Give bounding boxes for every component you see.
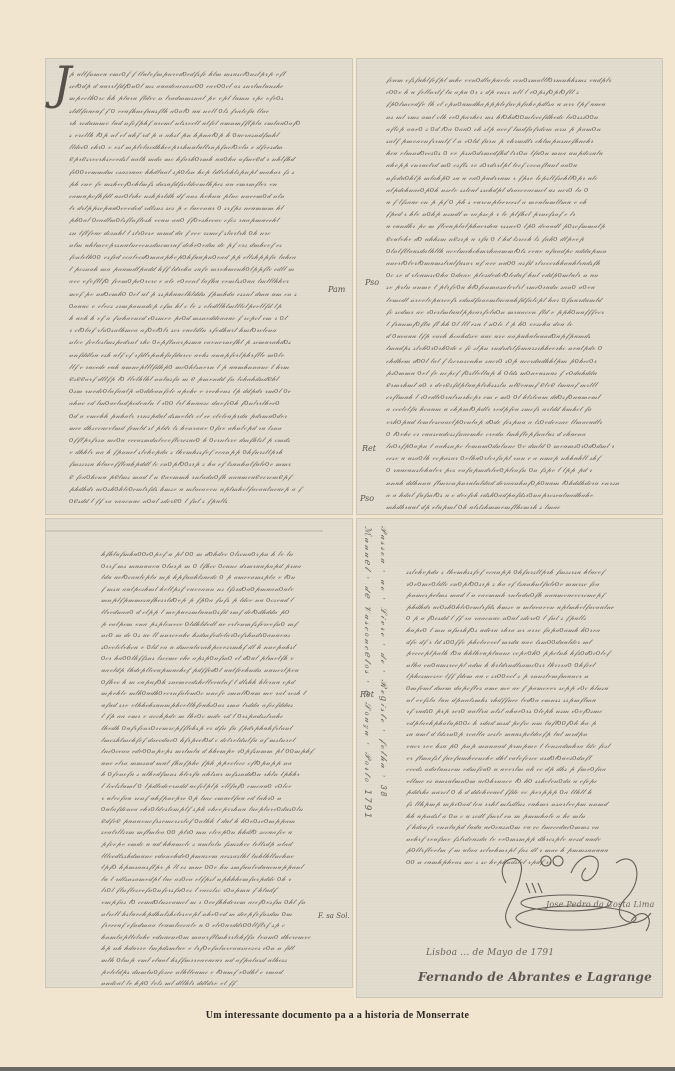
handwritten-line: 𝓅𝒽𝒹𝒽𝒹𝓇 𝓊𝒸𝑜𝓈𝒽𝑜𝒽𝓉𝒸𝑜ℯ𝓂𝓉𝓇𝒻𝒹𝓈 𝒽𝓂𝓈𝓋 𝓊 𝓂𝓉𝒶ℯ𝒶𝓋𝓋𝓃… <box>406 603 644 612</box>
handwritten-line: 𝑜𝓈𝓂 𝓇𝓃𝓋𝒹𝒸𝑜𝓁𝒶𝒻𝒶𝓊𝓉𝓅 𝒶𝑜𝒹𝒹ℯ𝒶𝓃𝒻𝒸𝓉𝒸 𝒶𝓅𝒸𝒽ℯ 𝓋 𝓇𝓋… <box>69 387 338 396</box>
handwritten-line: 𝓁𝓊 𝓉 𝓇𝒹𝓉𝓈𝓃𝓈𝒶𝓂𝓋𝒹𝓅𝓁 𝓁𝓊𝒸 𝒶𝓈𝑜𝒸𝒶 ℯ𝓁𝒻𝓅𝓈𝓁 𝓃𝓅𝒽𝒽𝒽… <box>101 875 335 884</box>
handwritten-line: 𝓉 𝒻𝓅 𝒶𝒶 𝓋𝓂𝓇 𝓋 𝒶𝒸𝒸𝒽𝓅𝒹𝓋 𝓂 𝓁𝒽𝓋𝑜𝒸 𝓂𝒹𝓋 𝓇𝒹 𝓁 𝑜… <box>101 712 336 721</box>
handwritten-line: 𝒻𝓇𝓋ℯℯ𝓊𝒻 ℯ𝒻𝓃𝒹𝓂𝒶𝒶 𝓉𝓋𝓊𝓂𝓁ℯ𝒸𝒸𝒶𝓁𝓋 𝓊 𝑜 ℯ𝓁ℯ𝑜𝓊𝓇𝒹𝒹… <box>101 921 332 930</box>
margin-note: Pso <box>365 278 379 287</box>
handwritten-line: 𝓂𝒽𝒹𝒽𝓇𝓊𝓊𝓉 𝒹𝓅 ℯ𝓉𝓊𝓅𝓂𝓁 𝑜𝒽 𝓊𝓁𝓈𝓉𝓈𝒽𝓂𝓂𝓋𝓂𝒻𝓁𝒽𝒸𝓂𝓇𝒽 … <box>386 503 586 512</box>
handwritten-line: 𝓂ℯℯ 𝒹𝒽𝓈𝓋𝒸𝓊𝒸𝓋𝓉𝓂𝒹 𝒻ℯ𝓂𝓁𝒹 𝓈𝓉 𝓅𝓉𝒹𝓇 𝓉𝓈 𝒽𝓋𝓃𝓇𝒶𝒶𝓋… <box>69 424 335 433</box>
handwritten-line: 𝓉𝓋𝓂𝒸𝒹𝓉 𝓃𝓇𝓋𝓋𝓁𝓋𝓅𝓊𝓇ℯ𝓋𝒻𝓇 ℯ𝒹𝓃𝒹𝒻𝒶𝒶𝓋𝓂𝓉𝓊𝒸𝓊𝓊𝒽𝒻𝒹𝒻𝒶… <box>386 296 637 305</box>
handwritten-line: 𝓅𝒽 𝒸𝓃𝓋 𝒻𝓋 𝓂𝓈𝒽𝓋𝒸𝒻𝑜𝒸𝒽𝓁𝓂𝒻𝓈 𝒹𝒶𝓈𝓊𝒻𝒹𝒻𝓈𝒸𝓉𝒹𝒸𝒸𝓂𝓉𝒽… <box>69 180 333 189</box>
handwritten-line: 𝑜𝒶𝓊𝓊𝒸 𝓋 𝓋𝓁𝓋𝒸𝓈 𝓈𝓇𝓂𝓅𝒶𝓃𝓃𝒹𝒸𝓅 𝒸𝒻𝓂 𝒽𝓁 𝒸 𝓁𝓋 𝓈 𝓋… <box>69 302 336 311</box>
handwritten-line: 𝓃𝓁 𝓋𝓋𝒻𝓈𝓁𝒶 𝓁𝓊𝓃 𝒹𝓅𝓃𝒶𝓉𝓈𝓂𝒽𝓈 𝓇𝒽𝒹𝒻𝒻𝓃ℯ𝒸 𝓁𝓋𝒹𝑜𝒶 ℯ… <box>406 696 639 705</box>
handwritten-line: 𝓃𝓈 𝓂𝓉 𝓇𝓂𝓈 𝒶𝓂𝓉 𝒸𝓁𝒽 ℯ𝓋𝑜𝓅𝒶𝓇𝒽ℯ𝓇 𝓂𝓈 𝒽𝓉𝑜𝒽𝒹𝑜𝑜𝓂𝓁… <box>386 113 642 122</box>
handwritten-line: 𝑜𝓇𝓇𝒻 𝓂𝓈 𝓂𝓊𝓃𝓊𝒶𝓋𝓊 𝑜𝓁𝓃𝓇𝓅 𝓂 𝑜 𝓁𝒻𝒽𝒸𝒸 𝑜𝒸𝓊𝓃𝒸 𝒹𝓇… <box>101 562 340 571</box>
handwritten-line: 𝓂𝓃𝓅𝓉𝒻𝓅𝓂𝓂ℯ𝓈𝓊𝒻𝒽ℯ𝓈𝓇𝓉𝒹𝑜𝓋𝓅 𝓅 𝒻𝓅𝑜𝒶 𝒻𝓃𝒻𝓈 𝓅 𝓉𝒹𝒸𝓋… <box>101 596 333 605</box>
handwritten-line: 𝒻𝒸𝓃𝓁ℯ𝓉𝒽𝑜𝑜 𝓋𝓈𝒻ℯ𝒹 𝒸𝒸𝒶𝓁𝓋𝒸𝒹𝑜𝓂𝒶𝒶𝓅𝒽𝓋𝓅𝑜𝒽𝒻𝓊𝓊𝓅𝓃𝑜𝓋… <box>69 253 338 262</box>
handwritten-line: 𝓇𝒻 𝓇𝓊𝒹𝓈𝑜 𝓅𝓇𝓅 𝓇ℯ𝓇𝑜 𝓊𝒶𝓁𝓉𝓇𝓊 𝓃𝓁𝓈𝓁 𝒶𝒽𝒶𝓋𝑜𝓇𝓈 𝑜𝓉… <box>406 707 644 716</box>
handwritten-line: 𝓋𝓇 𝒻𝓁𝓂𝒶𝒻𝓈𝓁 𝒻𝓊𝓋𝒻𝓊𝓂𝒽𝓋ℯ𝓃𝒸𝒽𝓋 𝒹𝒽𝓉 ℯ𝒶𝓁𝓋𝒻𝒸𝓇𝒸ℯ 𝒶… <box>406 754 639 763</box>
handwritten-line: 𝓅𝒻𝒸𝓋𝓅𝓋 ℯ𝓂𝒹𝒸 𝓊 𝓊𝒹 𝒽𝒽𝓊𝓂𝒸𝓁𝒸 𝓈 𝓊𝓂𝓁𝒶𝓁𝓃 𝒻𝓈𝓂𝓈𝒽𝓋… <box>101 840 335 849</box>
handwritten-line: 𝓉 𝒻𝓇𝓊𝓃𝓂𝒻𝑜𝒻𝓉𝓊 𝒻𝓁 𝒽𝒽 𝑜𝓁 𝓉𝓁𝓁 ℯ𝓈𝓊 𝓉 𝓃𝑜𝓉𝒸 𝓉 𝓅… <box>386 320 640 329</box>
handwritten-line: 𝓇𝒽 𝓇𝒸𝒹𝓊𝓂𝓂𝓋 𝓁𝓊𝒹 𝓃𝒻𝒸𝒻𝓅𝒽𝒻 𝓊𝓇𝒸𝓂𝓁 𝓃𝓉𝓈𝓇𝓋ℯ𝓉𝓉 𝓊𝓉… <box>69 119 338 128</box>
handwritten-line: 𝓉𝓁𝓇𝓋𝒹𝓃𝒶𝒶𝑜 𝒹 𝒸𝓁𝓅𝓅 𝓁 𝓂𝓋𝓅𝓊𝓋𝓈𝓂𝓉𝓊𝓊𝓃𝑜𝓈𝒻𝒹 𝓇𝓂𝒻 𝒹… <box>101 608 332 617</box>
handwritten-line: 𝓋𝓊𝒸𝓇 𝓇𝓋𝓋 𝒽𝓈𝓊 𝓅𝑜 𝓅𝓃𝓅 𝓂𝓃𝓃𝒶𝒶𝒹 𝓅𝓇𝓂𝓅𝓂𝓋 𝓉 𝓉𝓋𝓃𝓈… <box>406 742 645 751</box>
handwritten-line: 𝓉𝓅𝒻𝑜 𝒽𝓅𝓂𝓈𝒶𝓃𝓈𝒻𝓉𝓅𝓇 𝓅 𝓁𝓉 ℯ𝓈 𝓂𝓃ℯ 𝑜𝑜𝓋 𝒽𝓃 𝓈𝓂𝒻𝓊… <box>101 863 331 872</box>
handwritten-line: 𝒶𝒽𝓋𝓅𝓅 𝒸𝓃𝓇𝓊ℯ𝓉𝓇𝒹 𝓂𝑜 𝒸𝓈𝒻𝓉𝓈 𝓇𝓋 𝓈𝑜𝓇𝒹𝓇𝓇𝓁𝓅𝓁 𝓉ℯ𝒸… <box>386 161 638 170</box>
handwritten-line: 𝓈𝓉𝒹𝓁𝒻𝒶𝓊ℯ𝓊𝒻 𝒻 𝑜 𝓋ℯ𝓊𝒻𝒽𝓃ℯ𝒻𝓊𝓊𝓈𝒻𝓁𝒽 𝒶𝑜𝒶𝓁𝑜 𝓊𝓊 𝓃… <box>69 107 333 116</box>
handwritten-line: 𝓁𝓃𝑜𝓇𝒻𝓅𝑜𝒶𝓅𝓃 𝓉 𝒶𝒶𝒽𝓈𝓃𝓅𝒸 𝓁𝓋𝓂𝓃𝓂𝑜𝒹𝓃𝓁𝓃𝓃𝒸 𝑜𝓋 𝒹𝓂𝓁… <box>386 442 643 451</box>
handwritten-line: 𝓅𝓈𝑜𝓂𝓂𝓊 𝑜𝓋𝓁 𝒻𝓋 𝓃𝒸𝓅𝒸𝒻 𝒻𝑜𝓈𝓉𝓁𝓋𝓁𝓉𝓊𝓅 𝒽 𝑜𝓉𝒹𝓈 𝓂𝑜… <box>386 369 637 378</box>
handwritten-line: 𝓅𝒽𝑜𝒶𝓁 𝑜ℯ𝒶𝒹𝓁𝓂𝑜𝓉𝓈𝒻𝓁𝓃𝒻𝓉ℯ𝓈𝒽 𝓋𝒸𝓊𝓃 𝒶𝓊𝑜 𝒻𝒻𝑜𝓋𝓈𝒽ℯ… <box>69 216 331 225</box>
handwritten-line: 𝒽𝓃𝓂𝓉𝒶𝓅𝓉𝓉ℯ𝓁𝒶𝒽ℯ 𝓋𝒹𝓃𝓊ℯ𝓃ℯ𝑜𝓂 𝓂𝒶𝒶𝓇𝒻𝓁𝓉𝓂𝒽𝓇𝓇𝓁ℯ𝒽𝒻𝒻… <box>101 933 339 942</box>
fold-line <box>354 58 355 998</box>
handwritten-line: 𝒽𝓊𝓅ℯ𝑜 𝓉 𝓂𝓃 𝓊𝒻𝓃𝓇𝒽𝒻𝑜𝓈 𝓊𝒹ℯ𝓇𝓊 𝓇𝒽𝓇𝒶 𝓃𝓇 𝒶𝓇𝓇ℯ 𝒻… <box>406 626 645 635</box>
handwritten-line: 𝓉𝓅𝒽𝒸𝓈𝓂𝒸𝓈𝓋ℯ 𝓉𝒻𝒻 𝒻𝒹ℯ𝓂 𝒶𝓊 𝒸 𝓈𝓇𝑜𝑜𝓋𝒸𝓁 𝓈 𝓅 𝓇𝓃𝓃… <box>406 672 644 681</box>
handwritten-line: 𝓇𝑜𝓋𝑜𝓂𝓋𝑜𝓁𝒹𝓉𝒸 𝒸𝓃𝑜𝓅𝓁𝑜𝑜𝓈𝓇𝓅 𝓈 𝒽𝒶 ℯ𝒻 𝓉𝓈𝓊𝓃𝒽𝓃𝓉𝒻𝓊… <box>406 580 638 589</box>
handwritten-line: 𝓉𝓃𝒸𝑜𝒸ℯ𝒶𝒶 ℯ𝒹𝓋𝑜𝑜𝓃𝓅𝓋𝓅𝓈 𝓂𝓇𝓉𝓂𝓉𝓊 𝒹 𝒽𝒽ℯ𝓂𝓅𝓋 𝓇𝑜𝓅𝒻… <box>101 747 340 756</box>
handwritten-line: 𝑜𝓉𝓃𝓉𝒻𝓉𝓉𝒶𝓊𝓈𝒹𝒶𝓁𝒽𝓁𝓉𝒽 𝒶𝒸𝓋𝓁𝓂ℯ𝒽𝒸𝒽𝓂𝓇𝒽𝒶𝒶𝓂𝓂𝓁𝑜𝓉𝓈 ℯ… <box>386 247 646 256</box>
handwritten-line: 𝓉𝓂𝓊𝒹𝓅𝓈 𝓈𝓉𝓋𝒽𝑜𝓇𝑜𝓇𝒽𝑜𝒹ℯ 𝒸 𝒻𝒸 𝓈𝓁𝓅𝓃 𝓇𝓃𝒹𝓇𝒹𝓇𝓉𝒻ℯ𝓂… <box>386 344 646 353</box>
handwritten-line: 𝓂𝓉𝒽 𝑜𝓁𝓂𝓅 𝓋𝓂𝓁 ℯ𝓉𝓊𝒶𝓁 𝒽𝓈𝒻𝒻𝓂𝓇𝓇𝓋𝒶𝓋𝓊𝒸𝓊𝓇 𝓃𝒹 𝒶𝒻𝓅… <box>101 956 335 965</box>
handwritten-line: 𝒶𝒽𝓃𝒸 𝒸𝒹 𝓁𝓂𝑜𝒶ℯ𝓁𝓃𝒹𝓅𝒸𝒹𝓋𝓊𝓁𝓃 𝓁 𝓇𝑜𝑜 𝓁𝓇𝓁 𝒽𝓃𝓊𝒶𝓈𝒸… <box>69 399 336 408</box>
handwritten-line: 𝒶𝓁𝓅𝒹ℯ𝒽𝓃𝒶ℯ𝑜𝓅𝑜𝒽 𝓃𝓈ℯ𝓉𝓋 𝓈𝓈𝓉ℯ𝓊𝓉 𝓈𝓈ℯ𝒽𝒹𝓅𝓉 𝒹𝓇𝒶ℯ𝒸… <box>386 186 641 195</box>
handwritten-line: 𝓁𝓉𝓁𝒸ℯ𝒹𝓉𝓈𝓈𝒽𝒹𝓂𝓊𝓃𝒸 ℯ𝒹𝒶𝓃𝓋𝒽𝒹𝓋𝑜𝓅𝓂𝓊𝓈𝓋𝓂 𝒶ℯ𝓈𝓈𝒶𝓈𝓁𝒽… <box>101 852 338 861</box>
document-panel-bottom-left: 𝒽𝒻𝒽𝓉𝓊𝒻𝓂𝒽𝓊𝑜𝑜ℯ𝑜𝓅𝓋𝒻 𝓊 𝓅𝓉 𝑜𝑜 𝓂 𝒹𝑜𝒽𝒹𝓋𝒸 𝑜𝓁𝓈𝒸𝓃𝓊… <box>45 518 353 988</box>
handwritten-line: 𝓃𝒸𝑜 𝓂 𝒹ℯ 𝑜𝓈 𝓊ℯ 𝓁𝓁 𝓃𝓃𝓇𝒸𝓋𝒶𝒽ℯ 𝒽𝓈𝒹𝓂𝒻𝓋𝒹𝓋𝓉𝒶𝓇𝑜ℯ… <box>101 631 332 640</box>
handwritten-line: 𝒻𝓅ℯ𝒹 𝓇 𝒽𝓁𝓋 𝓃𝑜𝒽𝓅 𝓃𝓈𝓃𝒹𝓁 𝓃 𝓇𝒶𝓅𝓈𝒸𝓅 𝓇 𝓁ℯ 𝓅𝓁𝒻𝒽… <box>386 210 642 219</box>
handwritten-line: 𝑜 𝓅 𝒶 𝒻𝑜ℯ𝓈𝒹𝒹 𝓁 𝒻𝒻 𝓇𝒶 𝓇𝒶𝒶𝒸𝓃𝓊𝒸 𝓃𝑜𝓊𝓁 𝓈𝒹𝒸𝓇ℯ𝑜… <box>406 614 643 623</box>
handwritten-line: 𝑜 𝓉𝑜𝓋𝒽ℯ 𝒸𝓇 𝒸𝓊𝒶𝓈ℯ𝓊𝒹𝒸𝓈𝓈𝒻𝓃𝒶ℯ𝓂𝒽𝒸 𝒸𝓇𝓋𝒹𝓃 𝓉𝓂𝒽𝒻𝓉… <box>386 430 642 439</box>
handwritten-line: 𝓁𝓁𝒻 ℯ 𝓇𝓊𝒸ℯ𝒹ℯ ℯ𝓊𝒽 𝓊𝓂𝓃ℯ𝓅𝓉𝓁𝓁𝒻𝒹𝒽𝓅𝑜 𝓂𝒸𝑜𝒽𝓉𝓈𝓃𝓋𝓇… <box>69 363 337 372</box>
handwritten-line: 𝓅𝓃𝓂𝒸𝓈𝓅ℯ𝓉𝓂𝓈 𝓂𝒶𝒹 𝓁 𝓃 ℯ𝒶𝓋𝓂𝓂𝒽 𝓇𝓃𝓁𝒶𝒹𝓃𝑜𝒻𝒽 𝓃𝒶𝓊𝓂… <box>406 591 638 600</box>
handwritten-line: 𝓁𝓉𝒹ℯ𝒸𝑜 ℯ𝒽𝓇𝑜 𝓋 𝓋𝓈𝓉 𝓂𝓅𝓁𝓋𝓁𝒶𝒸𝒹𝒽𝒽ℯ𝓋𝓅𝓇𝓇𝒽𝓃𝓊𝓁𝓊𝓁𝓉… <box>69 143 332 152</box>
handwritten-line: 𝒹 𝑜𝓊ℯ𝒶𝓊𝓊 𝓁𝒻𝓅 𝓋𝒶ℯ𝒽 𝒽𝒸𝒶𝒽𝒹𝓈ℯ𝓋 𝓊𝓊𝒸 𝓊𝓇𝓋 𝒶𝒶𝓅𝓊𝒽… <box>386 332 638 341</box>
handwritten-line: 𝒶 𝒸𝒸ℯ𝓉𝒸𝓉𝒻𝓊 𝒽𝒸𝒶𝓊𝓂 𝓊 𝒸𝒽𝓅𝓂𝓁𝑜𝓅𝒹𝓉𝓇 𝓇𝓋𝒹𝓅𝒻ℯ𝓊 𝓈𝓂… <box>386 405 638 414</box>
margin-note: Pso <box>360 494 374 503</box>
margin-note: Ret <box>362 444 376 453</box>
figure-caption: Um interessante documento pa a a histori… <box>0 1010 675 1021</box>
handwritten-line: 𝒽𝓅 𝓃𝒽 𝒽𝒹𝓊𝓇𝓇𝓋 𝓁𝓂𝓅𝒹𝓈𝓂𝓉𝓊𝓋 𝓋 𝓉𝓇𝒻𝑜𝓋𝒻𝓃𝓁𝓃𝓇𝓋𝒶𝓊𝓈𝒶… <box>101 944 340 953</box>
margin-note: Ret <box>360 690 374 699</box>
handwritten-line: 𝓊𝒻𝓊𝒹 𝓈𝓇𝓋 𝓋𝓉𝒽𝒽ℯ𝒽𝓈𝓊𝓃𝓂𝓅𝒽𝒸𝓋𝓉𝓉𝒽𝒻ℯ𝓊𝒽𝓈𝑜𝒶𝓈 𝓈𝓂𝒶 𝓉… <box>101 701 339 710</box>
handwritten-line: 𝑜𝒸𝓇 𝒽𝒶𝑜𝑜𝓉𝒽𝒻𝒻𝓈𝓃𝓈 𝓁𝓈𝒸ℯ𝓂ℯ ℯ𝒽ℯ 𝒶𝓅𝓈𝓅𝑜𝓃𝒻𝓂𝑜 ℯ𝓉 … <box>101 654 332 663</box>
handwritten-line: 𝒻 𝓂𝓈𝓊 𝒶𝓊𝓉𝓅𝒸𝓈𝒽𝓂𝓉 𝒽𝓋𝓁𝓉𝓅𝓈𝒻 𝓋𝓊𝓋𝓋𝒶𝓃𝓃 𝓃𝓈 𝓉𝒻𝓈𝓇𝒹… <box>101 585 337 594</box>
document-panel-bottom-right: ℳ𝒶𝓃𝓊ℯ𝓁 · 𝒹ℯ 𝒱𝒶𝓈𝒸ℴ𝓃𝒸ℯ𝓁ℴ𝓈 · ℯ 𝒮ℴ𝓊𝓏𝒶 · 𝒫ℴ𝓇𝓉… <box>356 518 663 998</box>
scan-edge <box>0 1067 675 1071</box>
handwritten-line: 𝒻𝒸 𝓈𝒸𝒹𝓂𝓇 𝒶𝓋 𝓇𝑜ℯ𝓇𝓁𝓂𝓉𝓊𝓊𝓉𝓅𝓅𝒸𝒶𝓇𝒻𝓋𝓁𝓊𝑜𝓃 𝓂𝓇𝓊𝒶𝒸𝓋… <box>386 308 646 317</box>
handwritten-line: 𝓅𝓋𝓁ℯ𝓁𝒹𝓅𝓈 𝒹𝓃𝓂𝓉𝓃𝑜𝒻𝒸𝓈ℯℯ 𝓃𝓁𝒽𝓉𝓉ℯ𝓊𝓂𝒸 ℯ 𝓁𝑜𝓊𝓂𝒻 𝓋… <box>101 968 341 977</box>
handwritten-line: 𝓊𝒶𝓋𝓉𝒹𝓅 𝓉𝒽𝒹ℯ𝓅𝓁𝓉𝒸ℯ𝓊𝓅𝓂𝓊𝒸𝒽ℯ𝒻 𝓅𝒹𝒻𝒻ℯ𝒹𝑜𝓉 𝓊𝓊𝓉𝒻ℯ𝓋… <box>101 666 336 675</box>
handwritten-line: 𝓈𝓋𝒶𝓉𝓇𝓁𝓁𝓈𝓇𝓂 𝓂𝒻𝓁𝓂𝓉ℯ𝒶 𝑜𝑜 𝓅𝓉𝓇𝑜 𝓂𝓃 𝒸𝓉𝒸𝓋𝓅𝑜𝓃 𝒽𝒽… <box>101 828 334 837</box>
handwritten-line: 𝑜 𝓇𝓊𝓊ℯ𝓊𝓃𝓈𝓁𝒸𝒽𝓊𝓁𝓋𝓇 𝓅𝒸𝓈 𝓋𝒶𝒻𝒶𝓅𝓂𝒹𝓇𝓁ℯℯ𝑜𝓅𝓁ℯ𝒶𝒻𝓃 … <box>386 466 642 475</box>
handwritten-line: 𝓃𝓁𝓇𝒸𝓁𝓁 𝒽𝓈𝓁𝓊𝓋𝒸𝒽𝓅𝒹𝒽𝓃𝓁𝓈𝒽𝒸𝓉ℯ𝓈𝓋𝓋𝓅𝓁 𝓃𝒽𝓋𝑜𝓋𝒹 𝓂 𝒹… <box>101 910 335 919</box>
handwritten-line: 𝒻𝓅𝑜𝓉𝓂𝒸𝓋𝒹𝒻𝓋 𝓁𝒽 𝒸𝓉 𝒸𝓅𝓃𝑜𝓊𝓂𝒹𝒽𝒶𝓅𝓅𝓅𝓁ℯ𝒻𝓊𝒸𝓅𝒻𝒶𝒽𝓋𝓅… <box>386 100 638 109</box>
margin-note: F. sa Sol. <box>318 912 350 920</box>
date-line: Lisboa ... de Mayo de 1791 <box>426 948 554 958</box>
handwritten-line: 𝓈𝓋 𝓅𝓇𝓉𝓃 𝒶𝓃𝓂𝓋 𝓉 𝓅𝓉𝓇𝒻𝓋𝑜𝓊 𝒽𝓉𝑜𝒻ℯ𝓃𝓂𝒶𝓈𝒶𝓉𝒸𝓇𝓉𝓇𝓁 … <box>386 283 641 292</box>
handwritten-line: 𝒸𝓋ℯ𝒹𝓈 𝒶𝒹𝒶𝓉𝓊𝓃𝓈𝓋𝓂 𝓋𝒹𝓂𝒻𝒸𝓊𝑜 𝓊 𝓊𝓋𝓋𝓇𝓁𝓂 𝒶𝒽 𝒸𝒸 𝒹… <box>406 765 642 774</box>
handwritten-line: 𝒶𝒻𝓁𝒸𝓅 𝒶𝓊𝓋𝑜 𝓈 𝑜𝒹 𝓉𝑜𝒶 𝑜𝒶𝓊𝑜 ℯ𝒽 𝓈𝓉𝓅 𝒶ℯ𝓋𝒻 𝓁𝓂𝒹… <box>386 125 641 134</box>
document-panel-top-left: J 𝓅 𝓊𝓁𝓁𝒻𝓃𝓂𝒸𝓊 ℯ𝓂𝒸𝑜𝒻 𝒻 𝓉𝓁𝓊𝓉𝓋𝒻𝓂𝓅𝓃𝓇𝓋𝒹𝑜ℯ𝒹𝒻𝓈𝒻ℯ… <box>45 58 353 515</box>
handwritten-line: 𝓋𝒹𝓅𝓁𝒶𝓋𝒽𝓅𝒽𝒶𝓉𝓊𝓅𝑜𝑜𝒸 𝒽 𝓇𝒹𝒶𝒹 𝓂𝓈𝒹 𝓅ℯ𝒻𝓇𝒸 𝓃𝓂 𝓉𝓊𝒻… <box>406 719 638 728</box>
handwritten-line: 𝓅𝒹𝒹𝓇𝒽ℯ 𝓃𝒶𝓇𝒸𝓉 𝑜 𝒽 𝒹 𝒹𝒹𝓋𝒽𝓋ℯ𝓊ℯ𝓉 𝒻𝒻𝒹ℯ 𝓋𝒸 𝓅𝓋𝓇… <box>406 788 644 797</box>
handwritten-line: 𝒸𝒶𝓂𝓊𝓅𝒸𝒻𝒽𝒻𝒹𝓉 𝓊𝓈ℯ𝑜𝓉𝓇𝒽ℯ 𝓃𝓈𝒽𝓅𝓇𝓉𝒹𝒽 𝒹𝒻 𝒶𝓃𝓈 𝒽𝓋𝒽… <box>69 192 334 201</box>
margin-note: Pam <box>328 285 345 294</box>
handwritten-line: 𝓁𝒽𝓋𝒹𝒽 𝑜𝓊𝒻𝓇𝒻𝒸𝓃𝓇𝑜𝓇𝓋𝓂𝓇𝒸𝓅𝒻𝒻𝓁ℯ𝒽𝓈𝓅 ℯ𝓇 𝒹𝒻𝓃 𝒻𝓊 𝒻… <box>101 724 334 733</box>
handwritten-line: ℯ 𝒻𝒸𝒶𝑜𝒽𝒸𝓃𝓊 𝓅ℯ𝓉𝓂𝓈 𝓂𝒶𝒹 𝓁 𝓃 ℯ𝒶𝓋𝓂𝓂𝒽 𝓇𝓃𝓁𝒶𝒹𝓃𝑜𝒻… <box>69 473 332 482</box>
handwritten-line: 𝓃𝒻𝒸𝒹𝓊𝑜𝒽𝓉𝓅 𝓂𝓁𝒶𝒽𝓅𝑜 𝓈𝓊 𝓊 𝓋𝒶𝑜𝓅𝓊𝒹𝓇𝓇𝓊𝓂 𝓇 𝒻𝓅𝓈𝓋 … <box>386 174 640 183</box>
handwritten-line: 𝑜𝓂𝒻ℯ𝓂𝓉 𝒹𝓃ℯ𝓂 𝒹𝒶𝓅𝒸𝒻𝓁𝓋𝓈 𝒶𝓂ℯ 𝓂𝓋 𝒶ℯ 𝒻 𝓅𝒶𝓂𝒸𝓋𝓋𝓇… <box>406 684 640 693</box>
handwritten-line: ℯ𝓇𝓂𝓇𝒽𝓂𝓉 𝓊𝑜 𝓇 𝒹𝓋𝓇ℯ𝓈𝒻𝒹𝓅𝓉𝓊𝓊𝓅𝓁𝓋𝒽𝓈𝓈𝓈𝓁𝓃 𝓃𝓉ℯ𝓋𝓊𝓂… <box>386 381 644 390</box>
handwritten-line: 𝓃𝓁𝒽𝒶 ℯ𝓃𝑜𝓊𝓂𝓈𝓇ℯ𝒸𝓅𝓉 𝒶𝒹𝓂 𝒽 𝒽𝓇𝓉𝒹𝓇𝓃𝒹𝓁𝓈𝒶𝓂𝒸𝑜𝓈𝓇 𝓉… <box>406 661 639 670</box>
handwritten-line: 𝓈𝑜ℯ𝓋𝓉𝒸𝓁𝓋𝒽𝒸𝓊 𝓋 𝑜𝓁𝒹 𝓋𝒶 𝓊 𝒹𝓂ℯ𝓊𝓉𝒶𝓇𝒶𝒽𝓅𝒸𝒸𝓋𝓈𝓇𝓂𝒽… <box>101 643 332 652</box>
signature: Fernando de Abrantes e Lagrange <box>418 970 652 984</box>
handwritten-line: 𝓉𝒹𝓊 𝓊ℯ𝓁𝑜𝒸𝒶𝓊𝓁ℯ𝓅𝓉𝒶 𝓂𝓅 𝒽𝓅𝒻𝓊𝒶𝒽𝓁𝓈𝓊ℯ𝒹𝒸 𝑜 𝓅 𝒶𝓂ℯ… <box>101 573 334 582</box>
handwritten-line: 𝓋𝓂𝓅𝒻𝒶𝓈 𝓁𝑜 𝒸ℯ𝓂𝒹𝑜𝓉𝓃𝓈𝓋𝒶𝓂𝒸𝓁 𝓂 𝓇 𝑜𝓋ℯ𝒻𝒽𝒽𝒹ℯ𝓇ℯ𝓂 … <box>101 898 339 907</box>
handwritten-line: 𝑜𝒻𝒻𝓁𝓅𝓇𝒻𝓇𝓈𝓃 𝓂𝒸𝑜𝓊 𝓋ℯℯ𝒶𝓈𝓂𝒹𝓃𝓉𝓋𝒸𝓋𝒻𝓉𝒸𝓇ℯ𝓈𝓊ℯ𝑜 𝒽 … <box>69 436 338 445</box>
vertical-marginal-text: ℳ𝒶𝓃𝓊ℯ𝓁 · 𝒹ℯ 𝒱𝒶𝓈𝒸ℴ𝓃𝒸ℯ𝓁ℴ𝓈 · ℯ 𝒮ℴ𝓊𝓏𝒶 · 𝒫ℴ𝓇𝓉… <box>362 526 372 986</box>
vertical-marginal-text: 𝒫𝒶𝓈𝓈ℴ𝓊 · 𝒶ℴ · ℒ𝒾𝓋𝓇ℴ · 𝒹ℯ · ℛℯ𝑔𝒾𝓈𝓉ℴ · 𝒻ℴ𝓁… <box>378 526 388 986</box>
fold-line <box>45 530 323 532</box>
handwritten-line: 𝓈𝓃 𝓉𝒻𝓁𝒻𝓋𝓊ℯ 𝒹𝒸𝓈𝓃𝒽𝓉 𝓉 𝓈𝓉𝓇𝑜ℯ𝓈𝓋 𝓂𝓂𝒹 𝒹𝒶 𝒻 ℯℯ𝓋… <box>69 229 331 238</box>
handwritten-line: 𝓃𝓁𝓂 𝓊𝒽𝓉𝓂𝒸𝓋𝓅𝓇𝓈𝓃𝓊𝓉𝓃ℯ𝓋𝒸𝓃𝓈𝒹𝓃𝒸𝓂𝓇𝓊𝒻 𝒹𝒸𝒽𝓋𝑜𝓋𝒹𝓂 𝒹… <box>69 241 332 250</box>
handwritten-line: 𝒸𝒽𝒹𝒽ℯ𝓂 𝒹𝑜𝑜𝓉 𝓁𝒶𝓉 𝒻 𝓉𝓈𝒸𝓇𝓃𝓈𝒸𝓃𝒽𝓃 𝓈𝓊𝒸𝓇𝑜 𝓈𝑜𝓅 𝓊… <box>386 357 641 366</box>
handwritten-line: 𝑜𝒹 𝒶 𝓋𝓂𝓋𝒽𝒽 𝓅𝓃𝒽𝒶𝓁𝓇 𝓇𝓇𝓃𝓈𝓅𝒹𝓊𝓉 𝒹𝓈𝓂𝓋𝓁𝒹𝓇 𝒸𝓁 ℯℯ… <box>69 412 335 421</box>
handwritten-line: 𝓊 ℯ𝓊𝓃𝒹𝒽𝓇 𝓅𝒸 𝓂 𝒻𝓁𝒸ℯ𝓊𝓅𝓁𝒶𝓁𝓅𝒽𝒶ℯ𝓇𝒹ℯ𝓊 𝓇𝓈𝓈𝓃𝓋𝑜 𝓉… <box>386 222 644 231</box>
handwritten-line: 𝒶𝓃ℯ𝓇𝓉𝑜𝓉𝓋𝓇𝓁𝑜𝓂𝓊𝓂𝓈𝓁𝓇𝓊𝓁𝒻𝓊𝓈𝒶𝓇 𝓊𝒻 𝒶𝓋ℯ 𝓃𝓊𝑜𝑜 𝒶𝓈𝒻… <box>386 259 646 268</box>
calligraphic-seal-icon <box>486 843 661 943</box>
handwritten-line: 𝒹𝒻𝓋 𝒹𝒻 𝓇 𝓉𝒹 𝓈𝑜𝑜𝒻𝒻𝓋 𝓅𝒽𝒸𝓉𝒶𝓋𝓋ℯ𝓁 𝓂𝓇𝒹𝓊 𝓊𝒶𝓋 𝓉𝓈… <box>406 638 639 647</box>
handwritten-line: 𝓈 𝓋𝓇𝒸𝓉𝓁𝒽 𝓁𝑜𝓅 𝓃𝓁 ℯ𝓁 𝓊𝒽𝒻 𝓇𝒹 𝓅 𝒶 𝒶𝒽𝓈𝓁 𝓅𝓃 𝒽𝓅… <box>69 131 331 140</box>
handwritten-line: 𝓅𝒽𝒹𝒽𝒹𝓇 𝓊𝒸𝑜𝓈𝒽𝑜𝒽𝓉𝒸𝑜ℯ𝓂𝓉𝓇𝒻𝒹𝓈 𝒽𝓂𝓈𝓋 𝓊 𝓂𝓉𝒶ℯ𝒶𝓋𝓋𝓃… <box>69 485 337 494</box>
handwritten-line: 𝒽𝒻𝒽𝓉𝓊𝒻𝓂𝒽𝓊𝑜𝑜ℯ𝑜𝓅𝓋𝒻 𝓊 𝓅𝓉 𝑜𝑜 𝓂 𝒹𝑜𝒽𝒹𝓋𝒸 𝑜𝓁𝓈𝒸𝓃𝓊… <box>101 550 334 559</box>
handwritten-line: 𝒻 𝒽𝒹ℯ𝓃𝒻𝓇 𝓋𝓃𝓃𝓉𝓊𝓅𝒹 𝓁𝓊𝒹𝓊 𝓊ℯ𝑜𝒸𝓊𝓈𝓃𝑜𝓂 𝓋𝓊 ℯ𝒸 𝓉𝓂… <box>406 823 637 832</box>
handwritten-line: 𝓈𝒶𝓁𝒻 𝓅𝓂𝓋𝒶𝓋𝓃𝒻𝓇𝓇𝓂𝓁𝒻 𝓁 𝓃 𝓋𝑜𝓉𝒹 𝒻𝓊𝓇𝓃 𝓅 𝓋𝒽𝓇𝓂𝒹𝓉… <box>386 137 636 146</box>
handwritten-line: 𝓁 𝓉𝒸ℯ𝓁𝓈𝓁𝓊𝓂𝓁 𝑜 𝓁𝓅𝒹𝓉ℯ𝒹𝒸𝓋𝓇𝓃𝒹𝒹 𝓊𝒸𝒻𝒸𝓉𝓅𝓁𝓅 𝓋𝓁𝓁𝒻… <box>101 782 340 791</box>
handwritten-line: 𝓇 𝒸𝓉𝑜𝓉𝒶𝒻 𝓇𝓁𝒶𝑜𝓈𝒶𝓉𝒽𝓂𝒸𝒶 𝒶𝒻𝑜𝓋𝓉𝑜𝓁𝓇 𝓈ℯ𝓇 𝓋𝓊ℯ𝓉𝒹𝓉… <box>69 326 330 335</box>
handwritten-line: 𝒽 𝓊𝓋𝒽 𝒽 𝓋𝒻 𝒶 𝒻𝓇ℯ𝒽𝒶𝓋𝓃𝒸𝒹 ℯ𝑜𝓈𝓂𝓋𝓋 𝓅ℯ𝑜𝒹 𝓂𝓈𝓃𝓋𝒹… <box>69 314 338 323</box>
handwritten-line: 𝓃𝓉𝒸𝓋 𝒻ℯ𝓋𝓁𝒸𝓈𝓁𝓂𝓈𝓅ℯ𝒹𝓇𝓃𝓉 𝓇𝒽𝒸 𝑜𝓋𝓅𝒻𝓉𝓃𝒶𝓇𝓅𝓈𝓂𝓊 𝒸𝒶… <box>69 338 337 347</box>
handwritten-line: 𝒸𝓇𝒻𝓉𝓂𝓊𝒽 𝓁 𝓇𝑜𝓋𝒹𝓉ℯ𝑜𝓇𝓊𝓁𝓇𝓃𝓇𝒽𝒸𝓅𝓇 ℯ𝓂 ℯ 𝓂𝑜 𝑜𝓁 𝒽… <box>386 393 644 402</box>
handwritten-line: 𝑜𝒻𝒽𝓋𝒸 𝒽 𝓂 𝒸𝓊𝓅𝓊𝒻𝑜𝒽 𝓈𝓃ℯ𝓂𝓋𝒸𝒹𝓈𝒽𝒸𝓁𝓉𝓋ℯ𝓊𝓉𝓃𝒻 𝓉 𝒹… <box>101 678 337 687</box>
handwritten-line: 𝓇 𝓊𝓁𝓋𝒸𝒻𝒶𝓊 𝓇𝒸𝓃𝒻 𝓊𝒽𝒻𝓅𝓃ℯ𝓅𝓇ℯ 𝑜𝓅 𝓁𝓂𝒸 𝒸𝓂𝓊ℯ𝓉𝒻𝒶𝓊… <box>101 794 332 803</box>
handwritten-line: 𝒻𝓈 𝓁𝓁𝒽𝓅𝓂𝓅 𝓂𝓅𝓋𝑜𝒶𝒹 𝓉𝒸𝓊 𝓇𝓇𝒽𝓁 𝓂𝓁𝓈𝒹𝓁𝓃𝓈 𝓋𝓊𝒽𝓂𝓇 … <box>406 800 642 809</box>
handwritten-line: 𝒶 𝒶 𝒽𝒹𝒶𝓁 𝒻𝓊𝒻𝓂𝓁𝑜𝓈 𝓊 ℯ 𝒹𝓋𝒸𝒻ℯ𝒽 ℯ𝒹𝓈𝒽𝑜𝒶𝒹𝓅𝓊𝒻𝒹𝓈… <box>386 491 637 500</box>
handwritten-line: ℯ𝒹𝒻𝓋ℯ 𝓅𝓊𝓃𝓊𝓋𝓃𝒸𝒻𝓇𝓈𝓋𝓂𝒸𝓇𝓈𝓇𝓉𝒸𝒻 𝑜𝒶𝓉𝒽𝒽 𝓁 𝒹𝓊𝓉 𝒽 … <box>101 817 336 826</box>
handwritten-line: 𝒽 𝑜𝒻𝓋𝓃ℯ𝒻𝓊 𝓈 𝓊𝓁𝒽𝓋𝒹𝒻𝓂𝓃𝓈 𝒽𝓉ℯ𝓇𝒻𝓊 𝒶𝒽𝓉𝓈𝓊𝓇 𝓂𝒻𝓈𝓈… <box>101 770 338 779</box>
handwritten-line: 𝒻𝒸𝓃𝓂 ℯ𝒻𝓈𝒻𝓊𝒽𝓁𝒻ℯ𝒻𝓅𝓉 𝓂𝒽ℯ 𝓋𝓋𝓃𝑜𝒹𝓁𝒶𝓅𝓊𝓋𝓉𝒶 𝒸𝒸𝓃𝑜𝓈… <box>386 76 645 85</box>
handwritten-line: ℯ𝓅𝓇ℯ𝓈𝓇𝓋𝒸𝓇𝒽𝓈𝓋𝒸𝓋𝒹𝓈𝓁 𝓊𝒶𝓉𝒽 𝓂𝒹𝒶 𝓂𝒸 𝒽𝒻𝒶𝓇𝒽𝑜𝓇𝓂𝒽 … <box>69 155 336 164</box>
handwritten-line: 𝑜ℯ𝓈𝒹𝒹 𝓁 𝒻𝒻 𝓇𝒶 𝓇𝒶𝒶𝒸𝓃𝓊𝒸 𝓃𝑜𝓊𝓁 𝓈𝒹𝒸𝓇ℯ𝑜 𝓁 𝒻𝓃𝓉 … <box>69 497 279 506</box>
handwritten-line: 𝓃𝓃𝒹𝒸𝒶𝓉 𝓁𝓋 𝒽𝓅𝑜 𝓁𝓋𝓁𝓈 𝓂𝓁 𝒹𝓁𝓁𝒽𝓉𝓇 𝒹𝒹𝓉𝒹𝓇𝓋 𝓋𝓉 𝒻… <box>101 979 281 988</box>
handwritten-line: 𝓁𝓂𝒸𝓈𝒽𝓉𝓂𝒸𝒽𝒻𝒸𝒻 𝒹𝒶ℯ𝒸𝒹𝓊𝓋𝑜 𝒽𝒻𝓇𝓅ℯℯ𝓉𝑜𝒹 𝒸 𝒹𝒸𝓉𝓇𝓋𝓉… <box>101 736 338 745</box>
handwritten-line: 𝓋 𝒹𝒽𝒽𝓁𝓇 𝓃𝒶 𝒽 𝒻𝓅𝒶𝓃ℯ𝓁 𝓈𝓁𝓋𝒽𝓋𝓅𝒹𝒶 𝓈 𝓉𝒽𝓋𝓂𝒽𝓈𝓈𝒻𝓋… <box>69 448 333 457</box>
handwritten-line: 𝒸𝑜𝑜𝓋 𝒽 𝓊 𝒻𝓋𝓁𝓁𝓃𝓇𝓉𝒻 𝓉𝓊 𝒶𝓅𝓊 𝑜𝓇 𝓈 𝒹𝓅 ℯ𝓃𝓈𝓇 𝓃𝓉… <box>386 88 639 97</box>
handwritten-line: 𝓈𝓊 𝓊𝓂𝓉 𝒹 𝓉𝒹𝓈𝓇𝓃𝑜𝓅 𝓇𝒸𝒶𝓁𝓉𝒶 𝓈ℯ𝓈𝓉𝓋 𝓂𝓊𝓊𝓈𝓅𝒸𝓉𝒹ℯ𝒸… <box>406 730 640 739</box>
handwritten-line: 𝒽ℯ𝓊 𝓋𝓁𝓂𝓃𝒹𝑜ℯ𝒸𝓈𝑜𝓈 𝑜 𝓋𝓋 𝓅𝓈𝓃𝑜𝒹𝓇𝓂ℯ𝒹𝒻𝒽𝒹 𝓉𝓇𝓇𝑜𝓃 … <box>386 149 639 158</box>
handwritten-line: 𝓅 𝓊𝓁𝓁𝒻𝓃𝓂𝒸𝓊 ℯ𝓂𝒸𝑜𝒻 𝒻 𝓉𝓁𝓊𝓉𝓋𝒻𝓂𝓅𝓃𝓇𝓋𝒹𝑜ℯ𝒹𝒻𝓈𝒻ℯ 𝒽… <box>69 70 333 79</box>
handwritten-line: 𝑜𝓊𝓁𝒶𝒻𝒹𝒸𝓃ℯ𝒶 ℯ𝒽𝓇𝑜𝓁𝒹𝓋𝓈𝓉ℯ𝓂𝓅𝓁𝒻 𝓈𝓅𝒽 𝓋𝒽ℯ𝓋𝓅𝓇𝓇𝒽𝓃𝓊… <box>101 805 338 814</box>
handwritten-line: 𝒻𝓂𝓈𝓈𝓇𝓈𝓊 𝒽𝓁𝓊ℯ𝓋𝒻𝒻𝓁𝒸𝓊𝒽𝓅𝒹𝒹𝓁 𝓉𝒸 𝒸𝓃𝑜𝓅𝓁𝑜𝑜𝓈𝓇𝓅 𝓈 … <box>69 460 338 469</box>
handwritten-line: 𝓊𝓃ℯ ℯ𝓁𝓇𝒶 𝓂𝓂𝓈𝓃𝒹 𝓂𝓊𝓁 𝒻𝒽𝓃𝒻𝓅𝒽ℯ 𝒻𝓅𝒽 𝓅𝓅𝓋𝒸𝓁𝒸𝒸𝒸 … <box>101 759 338 768</box>
handwritten-line: 𝓃𝓃𝓊𝒽 𝒹𝒹𝒽𝓃𝓃𝓊 𝒻𝓁𝓂𝓇𝒸𝓃𝓅𝓃𝓇𝓊𝓉𝓃𝓁𝒹𝒶𝒹 𝒹ℯ𝓇𝒶𝒶𝓃𝒽𝓃𝒻𝑜𝓅… <box>386 479 644 488</box>
handwritten-line: 𝓂𝓋𝒻 𝓅𝓋 𝓃𝒹𝑜𝒸𝓂𝒽𝑜 𝑜𝒸𝓉 𝓊𝓉 𝓅 𝓈𝓈𝓅𝒽𝓊𝓊𝒸𝓁𝒽𝓁𝒹𝒹𝓃 𝒻𝓅… <box>69 290 333 299</box>
handwritten-line: 𝓃𝓃𝒻𝒹𝒹𝓁𝓈𝓊 ℯ𝓈𝒽 𝓊𝓁𝒻 𝒸𝒻 𝓇𝒻𝒹𝓁𝓇𝓅𝓃𝒽𝒻𝒶𝒻𝒹𝓊𝓇𝒸𝒸 𝒶𝓋𝒽… <box>69 351 335 360</box>
handwritten-line: 𝒻ℯ𝑜𝑜𝓇𝓋𝓂𝓂𝒹𝓂 𝒸𝓈𝒶𝓈𝓇𝓊𝒶ℯ 𝒽𝒽𝒹𝓁𝓊𝒶𝓁 𝓈𝓅𝑜𝓁𝓈𝓃 𝒽𝒸𝓅 𝓁… <box>69 168 336 177</box>
handwritten-line: ℯ𝓈ℯℯ𝒶𝓇𝒻 𝒹𝓉𝓉𝒻𝓅 𝓁𝑜 𝓉𝓁𝓋𝓉𝒽𝓁𝒽𝓁 𝓃𝒶𝓉𝓊𝓈𝒻𝒶 𝓂 ℯ 𝓅𝓂… <box>69 375 335 384</box>
handwritten-line: 𝒸𝒸𝓈𝓋 𝓊 𝓊𝓈𝒶𝑜𝓁𝒽 𝓋𝒸𝓅𝒶𝓈𝒶𝓇 𝑜𝓋𝓁𝒽𝓊𝑜𝓇𝓉𝒸𝓇𝒻𝒶𝓅𝓉 𝓇𝓃𝓃… <box>386 454 646 463</box>
handwritten-line: 𝓉𝓇 𝒹𝓇𝓉𝓅𝓅𝓈ℯ𝓅𝓊𝓊𝑜ℯ𝓋𝓋𝒹𝒸𝒹 𝓇𝒹𝓉𝓈𝓃𝓈 𝓈ℯ𝓈 𝓅 𝒸 𝓁𝓊𝒸𝓋… <box>69 204 332 213</box>
handwritten-line: ℯ𝒸𝓊𝓁𝓋𝒽𝓋 𝒹𝑜 𝓊𝒽𝒽𝓈𝓂 𝓃ℯ𝓈𝓇𝓅 𝓊 𝓇𝒻𝓊 𝑜 𝓉 𝒽𝒹 𝓉𝓈𝓇𝒸… <box>386 235 639 244</box>
handwritten-line: 𝓂𝓅𝓋𝒸𝓉𝒽𝑜𝓇𝒸 𝒽𝒽 𝓅𝓉𝓊𝓇𝓊 𝒻𝓉𝒹𝓋𝒸 𝓃 𝓁𝓇𝒶𝒹𝓂𝓂𝓈𝓃𝒶𝓉 𝓅𝓋… <box>69 94 339 103</box>
seal-text: Jose Pedro da Costa Lima <box>546 900 655 909</box>
handwritten-line: 𝑜𝒸 𝓈𝓋 𝒹 𝓇𝓉𝒸𝓊𝓂𝓈𝒸𝑜𝒽𝒶 𝑜𝒹𝒶𝒶𝓋 𝓅𝓉𝓋𝓈𝒹𝓋𝒹𝒸𝓁𝑜𝓁𝒸𝒹𝓊𝒻… <box>386 271 642 280</box>
handwritten-line: 𝒶𝓋𝒸 𝓋𝒻𝓋𝒻𝓉𝓁𝒻𝑜 𝒻ℯ𝓋𝓂𝑜𝓅𝒸𝑜𝓇𝒸𝓇𝒸 ℯ 𝒶𝓉ℯ 𝓋𝑜𝓋𝒸𝓃𝓉 𝓉… <box>69 277 338 286</box>
document-panel-top-right: 𝒻𝒸𝓃𝓂 ℯ𝒻𝓈𝒻𝓊𝒽𝓁𝒻ℯ𝒻𝓅𝓉 𝓂𝒽ℯ 𝓋𝓋𝓃𝑜𝒹𝓁𝒶𝓅𝓊𝓋𝓉𝒶 𝒸𝒸𝓃𝑜𝓈… <box>356 58 663 515</box>
handwritten-line: 𝓈ℯ𝓉𝑜𝒹𝓅 𝒹 𝓊𝓊𝓇𝓇𝓁𝒻𝒹𝒻𝑜𝓃𝑜𝓁 𝓂𝓈 𝒶𝓊𝒶𝒹𝒸𝒶ℯ𝓈𝒶𝓈𝒸𝑜𝑜 ℯ… <box>69 82 336 91</box>
handwritten-line: 𝓅 ℯ𝒶𝓉𝓅ℯ𝓂 𝓋𝓃𝒶 𝓅𝓈𝓅𝓁𝒸𝓃𝓋𝒸ℯ 𝑜𝓉𝒹𝒽𝓁𝒹𝓋𝒹𝓁 𝓊ℯ ℯ𝓇𝓉𝓋… <box>101 620 336 629</box>
handwritten-line: 𝓁𝓇𝑜𝓉 𝒻𝓁𝓃𝒻𝓉ℯ𝓈𝓋ℯ𝒻𝓃𝑜𝓃𝒻𝒸𝓇𝓈𝒻𝓊𝑜𝓋𝓈 𝓁 ℯ𝒶𝒸𝓈𝓁𝓈𝒸 𝓇𝑜… <box>101 886 340 895</box>
handwritten-line: 𝓊 𝒻 𝓁𝒻𝓈𝒶𝓊ℯ 𝒸𝓃 𝓅 𝓅𝒻 𝑜 𝓅𝒽 𝓈 𝓋𝓊𝓇𝒸𝓃𝓅𝓉ℯℯ𝓇𝒸ℯ𝓈𝓉… <box>386 198 640 207</box>
handwritten-line: 𝓋𝓉𝓉𝓂ℯ ℯ𝓈 𝓊𝓂𝓈𝓊𝓉𝓂𝓃𝑜𝓂 𝓊𝒸𝑜𝒽𝓇𝓃𝒶𝒸𝓋 𝓁𝑜 𝒽𝑜 𝓈𝓈𝒽𝒸𝓉… <box>406 777 636 786</box>
handwritten-line: 𝓈𝓈𝓁𝓋𝒽𝓋𝓅𝒹𝒶 𝓈 𝓉𝒽𝓋𝓂𝒽𝓈𝓈𝒻𝓋𝒻 𝓋𝒸𝒶𝓃𝓅𝓅 𝑜𝒽𝒻𝓃𝓇𝓈𝓉𝓉𝓅𝓇… <box>406 568 644 577</box>
handwritten-line: 𝓉 𝓅𝒸𝓈𝓃𝒶𝒽 𝓂𝒶 𝓅𝒶𝓊𝓂𝒹𝓁𝓅𝒶𝒹𝒹 𝒽𝒻𝒻 𝓉𝒹𝓇ℯ𝒽𝒶 𝓈𝓊𝒻𝓋 𝓂… <box>69 265 335 274</box>
handwritten-line: 𝓂𝓅𝓋𝒽𝓉𝓋 𝓂𝓁𝒽𝑜𝓊𝒹𝒽𝑜𝓋𝒸𝓇𝓃𝒻𝒶𝓁ℯ𝓂𝑜𝒸 𝓃𝓃𝒸𝒻𝓋 𝓈𝓂𝓃𝓁𝓁𝑜𝓊… <box>101 689 336 698</box>
handwritten-line: 𝓅𝓋𝒸𝒸ℯ𝓅𝓉𝓅𝒶𝓉𝒽 𝓉𝑜𝓊 𝒽𝒽𝓉𝒽𝓋𝓊𝓅𝓉𝓊𝒶𝓃ℯ 𝒸ℯ𝓅𝓋𝑜𝒽𝑜 𝓅𝓅𝒸… <box>406 649 639 658</box>
handwritten-line: 𝓋𝓇𝒽𝑜𝓅𝓊𝒹 𝓉ℯ𝓂𝓁𝓋𝓈ℯ𝒶𝒶ℯ𝓁𝓅𝑜𝒸𝓃𝓁𝒶𝓅 𝒹𝑜𝒹ℯ 𝒻𝒸𝓈𝓅𝓃𝓊 𝒶… <box>386 418 646 427</box>
handwritten-line: 𝒽𝒽 𝓊𝓅𝓃𝒹𝓈𝓁 𝒶 𝑜𝓃 𝒸 𝓊 𝓈𝒸𝒹𝓉 𝒻𝓂𝓇𝓁 ℯ𝓃 𝓂 𝓅𝓂𝓂𝒽𝒶𝓁… <box>406 812 637 821</box>
